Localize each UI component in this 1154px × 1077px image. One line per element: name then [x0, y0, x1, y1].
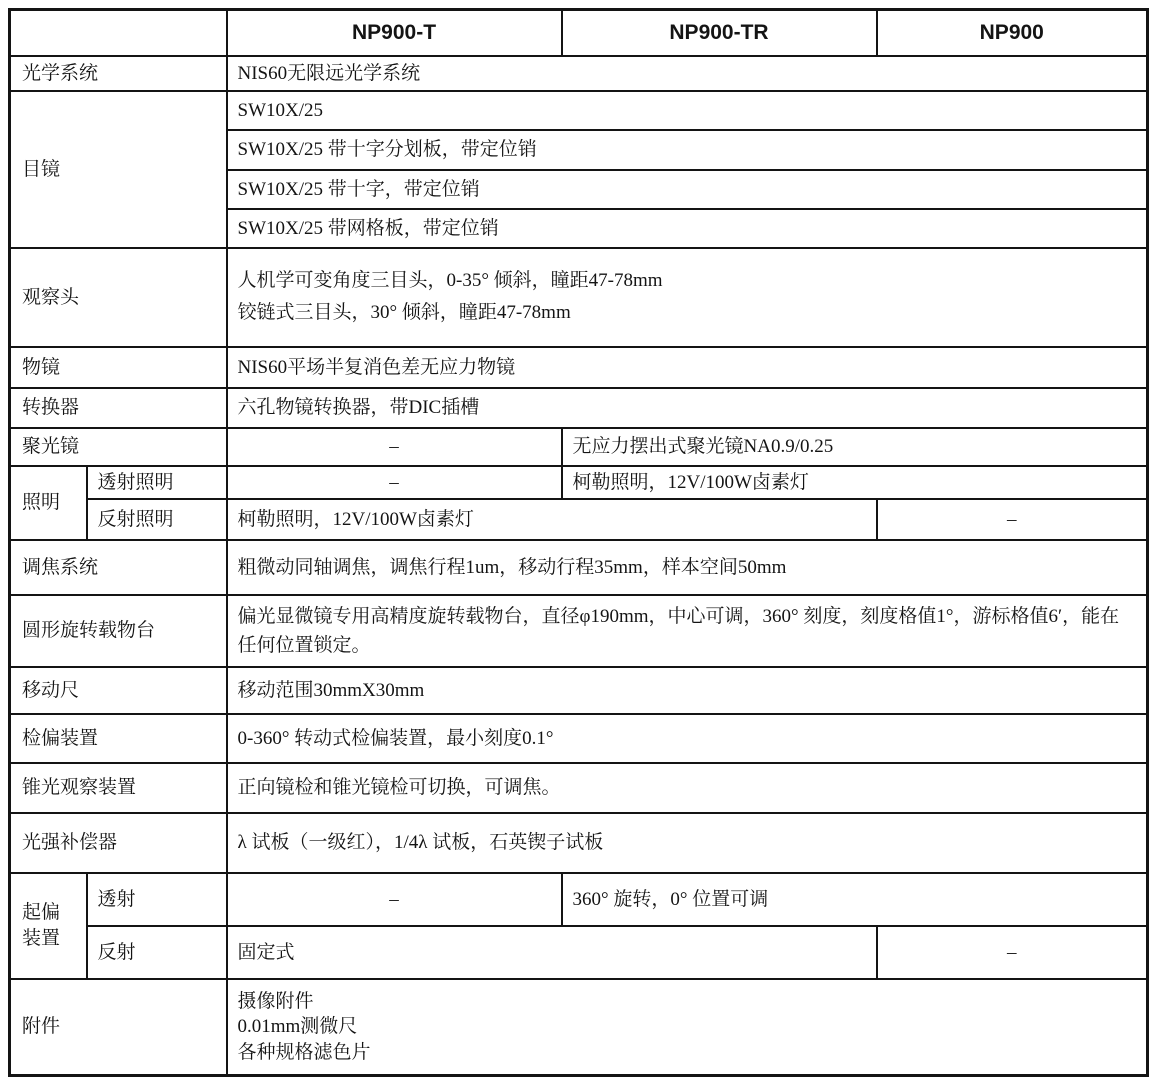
- cell-nosepiece-value: 六孔物镜转换器，带DIC插槽: [227, 388, 1148, 428]
- table-row-conoscope: 锥光观察装置 正向镜检和锥光镜检可切换，可调焦。: [10, 763, 1148, 813]
- accessories-line3: 各种规格滤色片: [238, 1040, 1137, 1066]
- cell-illumination-refl-np900: –: [877, 499, 1148, 540]
- cell-accessories-value: 摄像附件 0.01mm测微尺 各种规格滤色片: [227, 979, 1148, 1076]
- cell-focusing-value: 粗微动同轴调焦，调焦行程1um，移动行程35mm，样本空间50mm: [227, 540, 1148, 595]
- table-row-illumination-transmitted: 照明 透射照明 – 柯勒照明，12V/100W卤素灯: [10, 466, 1148, 499]
- cell-eyepiece-v2: SW10X/25 带十字分划板，带定位销: [227, 130, 1148, 170]
- table-row-accessories: 附件 摄像附件 0.01mm测微尺 各种规格滤色片: [10, 979, 1148, 1076]
- table-row-rotating-stage: 圆形旋转载物台 偏光显微镜专用高精度旋转载物台，直径φ190mm，中心可调，36…: [10, 595, 1148, 667]
- cell-rotating-stage-value: 偏光显微镜专用高精度旋转载物台，直径φ190mm，中心可调，360° 刻度，刻度…: [227, 595, 1148, 667]
- accessories-line2: 0.01mm测微尺: [238, 1014, 1137, 1040]
- cell-compensator-value: λ 试板（一级红），1/4λ 试板，石英锲子试板: [227, 813, 1148, 873]
- cell-polarizer-trans-np900t: –: [227, 873, 562, 926]
- row-label-rotating-stage: 圆形旋转载物台: [10, 595, 227, 667]
- row-label-analyzer: 检偏装置: [10, 714, 227, 763]
- cell-illumination-refl-np900t-np900tr: 柯勒照明，12V/100W卤素灯: [227, 499, 877, 540]
- table-row-eyepiece-1: 目镜 SW10X/25: [10, 91, 1148, 130]
- cell-analyzer-value: 0-360° 转动式检偏装置，最小刻度0.1°: [227, 714, 1148, 763]
- table-row-analyzer: 检偏装置 0-360° 转动式检偏装置，最小刻度0.1°: [10, 714, 1148, 763]
- row-label-mechanical-ruler: 移动尺: [10, 667, 227, 714]
- row-label-polarizer: 起偏装置: [10, 873, 87, 979]
- header-empty-cell: [10, 10, 227, 57]
- row-sublabel-reflected-illumination: 反射照明: [87, 499, 227, 540]
- table-row-polarizer-reflected: 反射 固定式 –: [10, 926, 1148, 979]
- cell-polarizer-refl-np900t-np900tr: 固定式: [227, 926, 877, 979]
- cell-condenser-np900tr-np900: 无应力摆出式聚光镜NA0.9/0.25: [562, 428, 1148, 466]
- row-label-focusing: 调焦系统: [10, 540, 227, 595]
- row-label-compensator: 光强补偿器: [10, 813, 227, 873]
- cell-illumination-trans-np900t: –: [227, 466, 562, 499]
- row-sublabel-polarizer-transmitted: 透射: [87, 873, 227, 926]
- table-row-header: NP900-T NP900-TR NP900: [10, 10, 1148, 57]
- table-row-optical-system: 光学系统 NIS60无限远光学系统: [10, 56, 1148, 91]
- row-label-conoscope: 锥光观察装置: [10, 763, 227, 813]
- table-row-compensator: 光强补偿器 λ 试板（一级红），1/4λ 试板，石英锲子试板: [10, 813, 1148, 873]
- accessories-line1: 摄像附件: [238, 989, 1137, 1015]
- cell-conoscope-value: 正向镜检和锥光镜检可切换，可调焦。: [227, 763, 1148, 813]
- table-row-nosepiece: 转换器 六孔物镜转换器，带DIC插槽: [10, 388, 1148, 428]
- spec-table: NP900-T NP900-TR NP900 光学系统 NIS60无限远光学系统…: [8, 8, 1149, 1077]
- row-label-nosepiece: 转换器: [10, 388, 227, 428]
- cell-eyepiece-v1: SW10X/25: [227, 91, 1148, 130]
- row-sublabel-polarizer-reflected: 反射: [87, 926, 227, 979]
- cell-polarizer-refl-np900: –: [877, 926, 1148, 979]
- table-row-condenser: 聚光镜 – 无应力摆出式聚光镜NA0.9/0.25: [10, 428, 1148, 466]
- row-label-condenser: 聚光镜: [10, 428, 227, 466]
- row-label-observation-head: 观察头: [10, 248, 227, 347]
- table-row-objective: 物镜 NIS60平场半复消色差无应力物镜: [10, 347, 1148, 388]
- row-label-accessories: 附件: [10, 979, 227, 1076]
- header-model-np900tr: NP900-TR: [562, 10, 877, 57]
- row-sublabel-transmitted-illumination: 透射照明: [87, 466, 227, 499]
- table-row-mechanical-ruler: 移动尺 移动范围30mmX30mm: [10, 667, 1148, 714]
- table-row-focusing: 调焦系统 粗微动同轴调焦，调焦行程1um，移动行程35mm，样本空间50mm: [10, 540, 1148, 595]
- cell-illumination-trans-np900tr-np900: 柯勒照明，12V/100W卤素灯: [562, 466, 1148, 499]
- row-label-objective: 物镜: [10, 347, 227, 388]
- row-label-illumination: 照明: [10, 466, 87, 540]
- cell-polarizer-trans-np900tr-np900: 360° 旋转，0° 位置可调: [562, 873, 1148, 926]
- table-row-illumination-reflected: 反射照明 柯勒照明，12V/100W卤素灯 –: [10, 499, 1148, 540]
- table-row-polarizer-transmitted: 起偏装置 透射 – 360° 旋转，0° 位置可调: [10, 873, 1148, 926]
- cell-eyepiece-v4: SW10X/25 带网格板，带定位销: [227, 209, 1148, 248]
- cell-optical-system-value: NIS60无限远光学系统: [227, 56, 1148, 91]
- header-model-np900: NP900: [877, 10, 1148, 57]
- observation-head-line2: 铰链式三目头，30° 倾斜，瞳距47-78mm: [238, 303, 1137, 324]
- cell-condenser-np900t: –: [227, 428, 562, 466]
- header-model-np900t: NP900-T: [227, 10, 562, 57]
- observation-head-line1: 人机学可变角度三目头，0-35° 倾斜，瞳距47-78mm: [238, 271, 1137, 292]
- cell-objective-value: NIS60平场半复消色差无应力物镜: [227, 347, 1148, 388]
- row-label-eyepiece: 目镜: [10, 91, 227, 248]
- cell-observation-head-value: 人机学可变角度三目头，0-35° 倾斜，瞳距47-78mm 铰链式三目头，30°…: [227, 248, 1148, 347]
- cell-eyepiece-v3: SW10X/25 带十字，带定位销: [227, 170, 1148, 209]
- table-row-observation-head: 观察头 人机学可变角度三目头，0-35° 倾斜，瞳距47-78mm 铰链式三目头…: [10, 248, 1148, 347]
- row-label-optical-system: 光学系统: [10, 56, 227, 91]
- cell-mechanical-ruler-value: 移动范围30mmX30mm: [227, 667, 1148, 714]
